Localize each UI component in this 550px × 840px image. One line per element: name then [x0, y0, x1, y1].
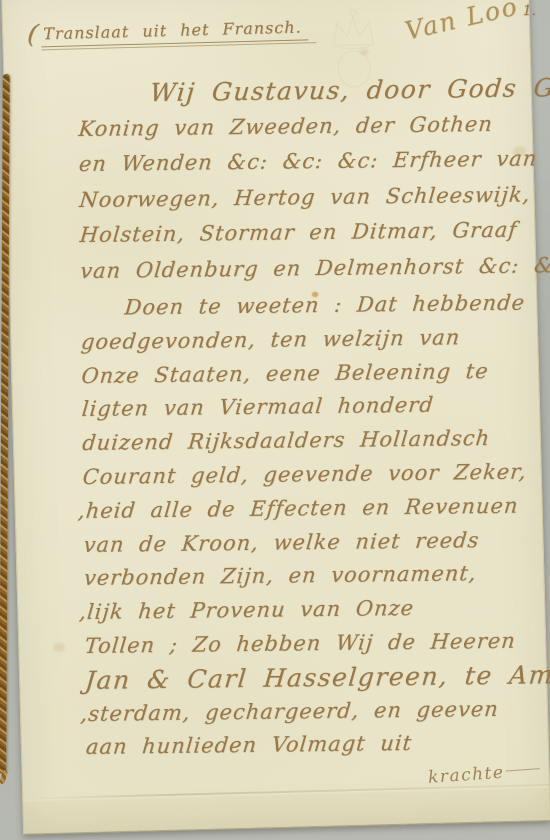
header-flourish-icon: ( — [25, 19, 40, 50]
manuscript-line: Noorwegen, Hertog van Schleeswijk, — [78, 177, 543, 218]
manuscript-body: Wij Gustavus, door Gods Genade, Koning v… — [76, 70, 546, 765]
manuscript-line: en Wenden &c: &c: &c: Erfheer van — [77, 141, 542, 182]
page-number: 1. — [523, 3, 536, 19]
manuscript-line: duizend Rijksdaalders Hollandsch — [81, 421, 546, 460]
manuscript-line: goedgevonden, ten welzijn van — [79, 320, 544, 359]
manuscript-line: Koning van Zweeden, der Gothen — [77, 106, 542, 147]
manuscript-line: ,heid alle de Effecten en Revenuen — [77, 489, 547, 529]
proclamation-paragraph: Doen te weeten : Dat hebbende goedgevond… — [79, 286, 547, 765]
clerk-signature: Van Loo — [402, 0, 521, 46]
manuscript-line: van Oldenburg en Delmenhorst &c: &c:. — [79, 248, 544, 289]
manuscript-line: Jan & Carl Hasselgreen, te Am, — [84, 658, 549, 697]
manuscript-line: Courant geld, geevende voor Zeker, — [81, 455, 546, 494]
manuscript-line: aan hunlieden Volmagt uit — [84, 726, 549, 765]
manuscript-line: Holstein, Stormar en Ditmar, Graaf — [78, 212, 543, 253]
manuscript-line: Tollen ; Zo hebben Wij de Heeren — [83, 624, 548, 663]
header-title: Translaat uit het Fransch. — [41, 17, 308, 47]
royal-intitulatio-paragraph: Wij Gustavus, door Gods Genade, Koning v… — [76, 70, 541, 289]
document-header: (Translaat uit het Fransch. — [28, 9, 308, 47]
catchword: krachte — [427, 760, 541, 788]
ink-layer: (Translaat uit het Fransch. Van Loo 1. W… — [0, 0, 550, 840]
manuscript-line: Doen te weeten : Dat hebbende — [79, 286, 544, 325]
manuscript-line: Wij Gustavus, door Gods Genade, — [76, 70, 541, 111]
manuscript-line: ,lijk het Provenu van Onze — [78, 590, 548, 630]
scanned-manuscript-page: (Translaat uit het Fransch. Van Loo 1. W… — [0, 0, 550, 840]
binding-cord — [0, 74, 10, 774]
